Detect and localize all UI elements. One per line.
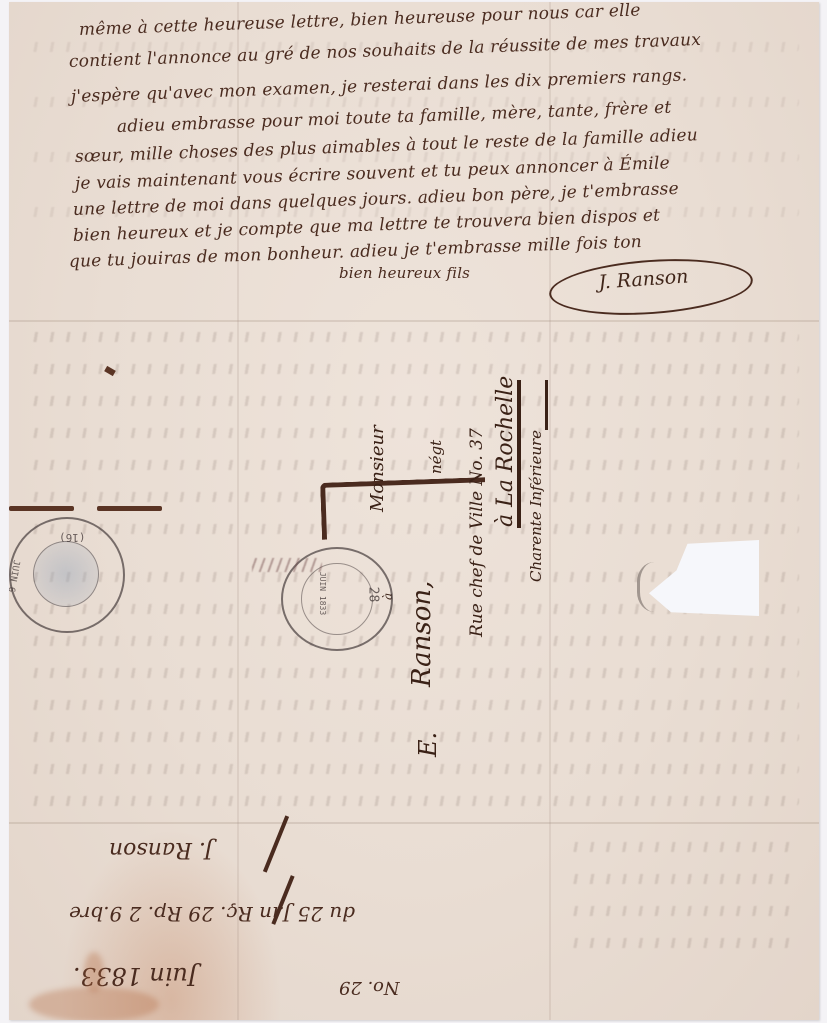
address-title: négt [427, 440, 445, 474]
docket-received-line: du 25 J.in Rç. 29 Rp. 2 9.bre [69, 902, 355, 926]
department-underline [545, 380, 548, 430]
postage-scribble [252, 558, 322, 572]
fold-line-horizontal-top [9, 320, 819, 322]
address-city: à La Rochelle [493, 376, 518, 527]
ink-dash [97, 506, 162, 511]
signature-text: J. Ranson [598, 265, 689, 293]
address-recipient-name: Ranson, [407, 581, 437, 687]
signature-flourish: J. Ranson [547, 253, 754, 321]
letter-sheet: même à cette heureuse lettre, bien heure… [9, 2, 819, 1020]
address-department: Charente Inférieure [527, 430, 545, 582]
city-underline [517, 380, 521, 528]
address-street: Rue chef de Ville No. 37 [467, 428, 487, 637]
stain [84, 952, 104, 992]
address-salutation: Monsieur [367, 425, 388, 512]
docket-signature: J. Ranson [109, 837, 213, 862]
ink-dash [9, 506, 74, 511]
docket-stroke [263, 815, 289, 872]
fold-line-horizontal-bottom [9, 822, 819, 824]
left-postmark: (16) JUIN 6 [9, 517, 125, 633]
address-bracket [320, 477, 487, 540]
docket-number: No. 29 [339, 977, 400, 998]
letter-closing: bien heureux fils [339, 264, 470, 282]
address-recipient-initial: E. [414, 732, 442, 757]
